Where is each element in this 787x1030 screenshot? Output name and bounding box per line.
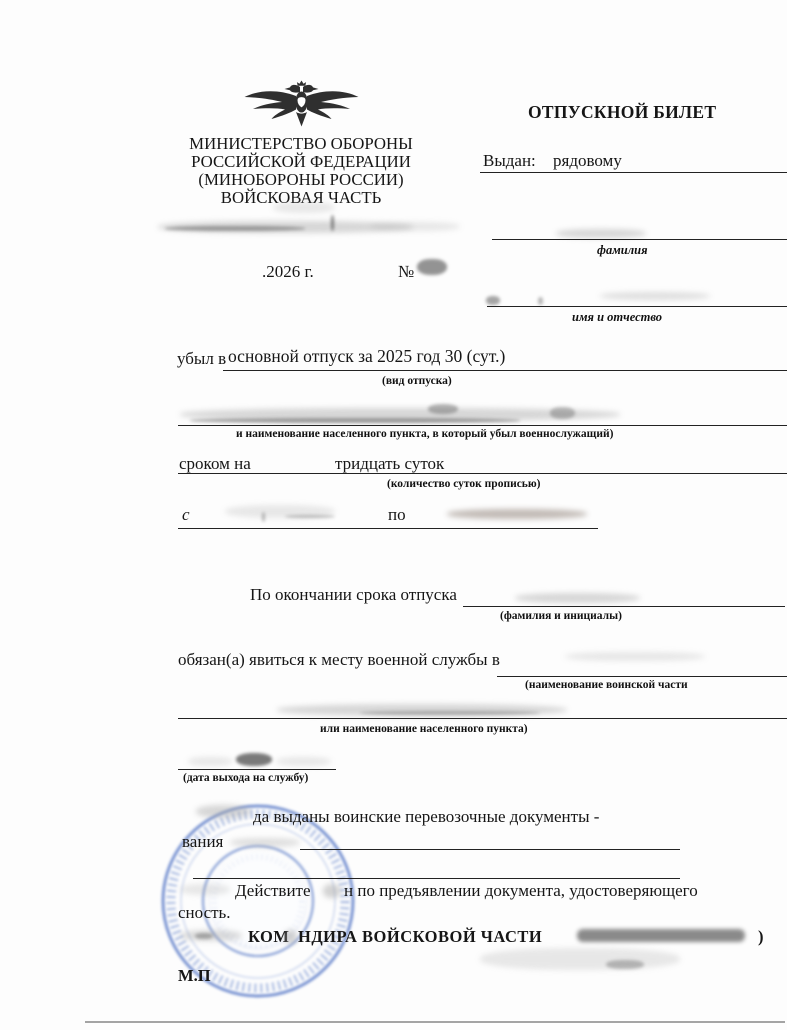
redacted-surname [556, 229, 646, 238]
redacted-report-date [236, 753, 272, 766]
redacted-unit [565, 652, 705, 661]
redacted-name [600, 292, 710, 300]
surname-caption: фамилия [597, 243, 648, 258]
initials-caption: (фамилия и инициалы) [500, 610, 622, 622]
ministry-line-3: (МИНОБОРОНЫ РОССИИ) [154, 171, 448, 189]
settlement-line [178, 718, 787, 719]
from-label: с [182, 505, 190, 525]
validity-fragment-2: н по предъявлении документа, удостоверяю… [344, 881, 698, 901]
report-date-line [178, 769, 336, 770]
validity-fragment-1: Действите [235, 881, 311, 901]
destination-caption: и наименование населенного пункта, в кот… [236, 428, 613, 440]
transport-issued-text: да выданы воинские перевозочные документ… [253, 807, 599, 827]
leave-type-line [223, 370, 787, 371]
leave-certificate-page: МИНИСТЕРСТВО ОБОРОНЫ РОССИЙСКОЙ ФЕДЕРАЦИ… [0, 0, 787, 1030]
number-sign: № [398, 262, 414, 282]
redaction-mark [195, 933, 213, 939]
redacted-to-date [447, 509, 587, 519]
to-label: по [388, 505, 406, 525]
redaction-smudge [370, 222, 460, 231]
unit-caption-2: или наименование населенного пункта) [320, 723, 528, 735]
commander-paren: ) [758, 928, 764, 947]
requisition-line [300, 849, 680, 850]
redaction-mark [606, 960, 644, 969]
leave-type-caption: (вид отпуска) [382, 375, 452, 387]
redaction-smudge [190, 418, 520, 423]
redacted-initials [515, 593, 640, 603]
leave-type-value: основной отпуск за 2025 год 30 (сут.) [228, 346, 505, 366]
redaction-smudge [165, 226, 305, 231]
commander-fragment-2: НДИРА ВОЙСКОВОЙ ЧАСТИ [298, 928, 542, 947]
redacted-signature [480, 948, 680, 970]
unit-line [497, 676, 787, 677]
mod-eagle-emblem-icon [243, 80, 360, 128]
duration-line [178, 473, 787, 474]
redaction-mark [538, 297, 543, 305]
requisition-fragment: вания [182, 832, 223, 852]
duration-value: тридцать суток [335, 454, 444, 474]
initials-line [463, 606, 785, 607]
ministry-line-2: РОССИЙСКОЙ ФЕДЕРАЦИИ [154, 153, 448, 171]
unit-caption-1: (наименование воинской части [525, 679, 688, 691]
validity-top-line [193, 878, 680, 879]
redaction-mark [550, 407, 575, 419]
redaction-mark [284, 930, 297, 944]
redaction-mark [486, 296, 500, 305]
redaction-mark [285, 515, 335, 518]
after-leave-text: По окончании срока отпуска [250, 585, 457, 605]
redaction-mark [323, 884, 341, 898]
report-date-caption: (дата выхода на службу) [183, 772, 308, 784]
dates-line [178, 528, 598, 529]
issuer-block: МИНИСТЕРСТВО ОБОРОНЫ РОССИЙСКОЙ ФЕДЕРАЦИ… [154, 135, 448, 207]
redaction-smudge [196, 805, 251, 818]
report-text: обязан(а) явиться к месту военной службы… [178, 650, 500, 670]
redaction-mark [262, 512, 265, 522]
duration-caption: (количество суток прописью) [387, 478, 541, 490]
redaction-smudge [188, 757, 233, 766]
seal-mark: М.П [178, 967, 211, 986]
redacted-unit-number [273, 202, 335, 213]
name-line [487, 306, 787, 307]
rank-value: рядовому [553, 151, 622, 171]
redaction-smudge [360, 711, 540, 715]
redaction-mark [428, 404, 458, 414]
page-bottom-rule [85, 1021, 785, 1023]
redaction-smudge [180, 884, 230, 895]
ministry-line-1: МИНИСТЕРСТВО ОБОРОНЫ [154, 135, 448, 153]
issued-line [480, 172, 787, 173]
issued-label: Выдан: [483, 151, 536, 171]
surname-line [492, 239, 787, 240]
redaction-smudge [276, 757, 331, 766]
departed-prefix: убыл в [177, 349, 226, 369]
redacted-document-number [417, 259, 447, 275]
destination-line [178, 425, 787, 426]
redacted-commander-name [577, 929, 745, 942]
validity-fragment-3: сность. [178, 903, 231, 923]
duration-prefix: сроком на [179, 454, 251, 474]
document-title: ОТПУСКНОЙ БИЛЕТ [528, 102, 716, 122]
redaction-mark [331, 215, 334, 231]
document-date: .2026 г. [262, 262, 314, 282]
redaction-smudge [230, 838, 300, 847]
name-caption: имя и отчество [572, 310, 662, 325]
